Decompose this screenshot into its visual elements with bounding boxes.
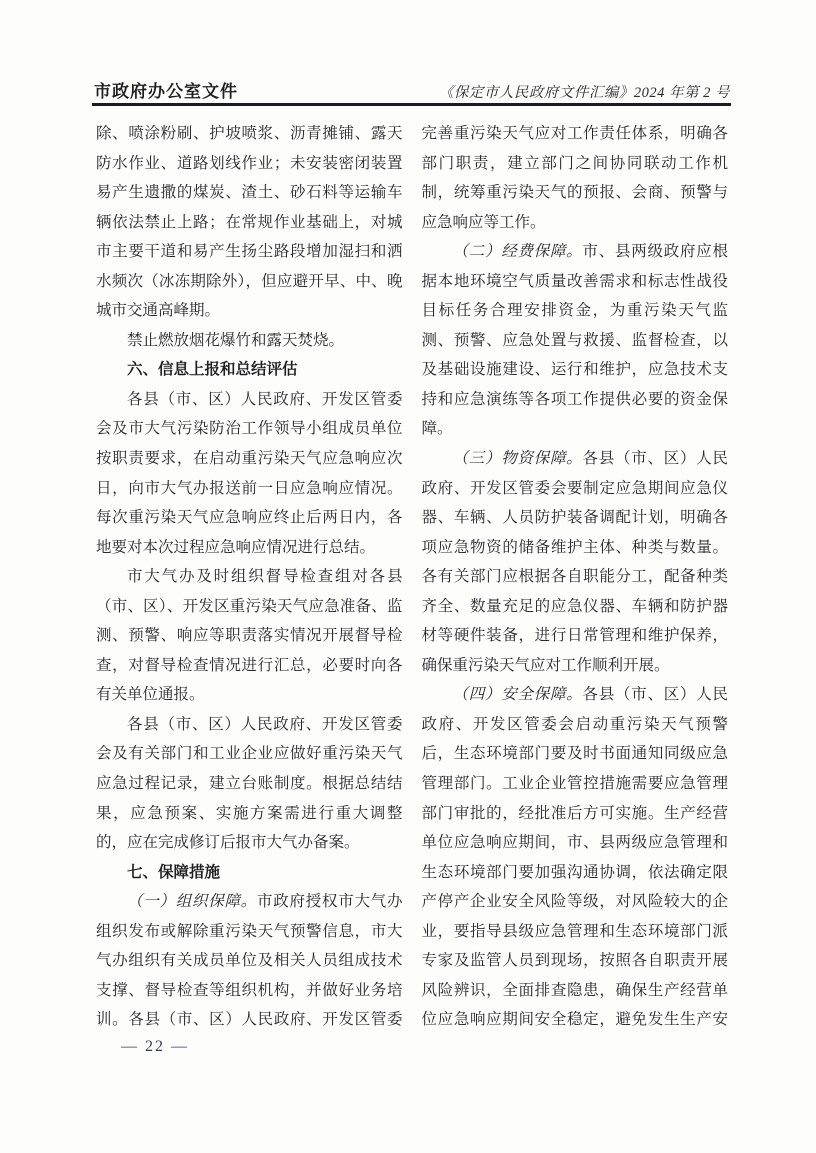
left-column: 除、喷涂粉刷、护坡喷浆、沥青摊铺、露天防水作业、道路划线作业；未安装密闭装置易产… bbox=[96, 119, 403, 1039]
paragraph: 禁止燃放烟花爆竹和露天焚烧。 bbox=[96, 326, 403, 356]
paragraph-lead: （一）组织保障。 bbox=[127, 893, 257, 910]
paragraph: （三）物资保障。各县（市、区）人民政府、开发区管委会要制定应急期间应急仪器、车辆… bbox=[422, 444, 729, 680]
paragraph: （一）组织保障。市政府授权市大气办组织发布或解除重污染天气预警信息，市大气办组织… bbox=[96, 887, 403, 1039]
header-rule bbox=[92, 103, 731, 106]
paragraph: 完善重污染天气应对工作责任体系，明确各部门职责，建立部门之间协同联动工作机制，统… bbox=[422, 119, 729, 237]
paragraph: 除、喷涂粉刷、护坡喷浆、沥青摊铺、露天防水作业、道路划线作业；未安装密闭装置易产… bbox=[96, 119, 403, 326]
paragraph-lead: （四）安全保障。 bbox=[453, 686, 583, 703]
document-page: 市政府办公室文件 《保定市人民政府文件汇编》2024 年第 2 号 除、喷涂粉刷… bbox=[0, 0, 816, 1153]
paragraph-lead: （三）物资保障。 bbox=[453, 450, 583, 467]
document-body: 除、喷涂粉刷、护坡喷浆、沥青摊铺、露天防水作业、道路划线作业；未安装密闭装置易产… bbox=[96, 119, 728, 1039]
paragraph: 市大气办及时组织督导检查组对各县（市、区）、开发区重污染天气应急准备、监测、预警… bbox=[96, 562, 403, 710]
page-number: — 22 — bbox=[121, 1038, 189, 1056]
paragraph: 各县（市、区）人民政府、开发区管委会及市大气污染防治工作领导小组成员单位按职责要… bbox=[96, 385, 403, 562]
section-heading: 七、保障措施 bbox=[96, 858, 403, 888]
section-heading: 六、信息上报和总结评估 bbox=[96, 355, 403, 385]
header-right-title: 《保定市人民政府文件汇编》2024 年第 2 号 bbox=[439, 81, 730, 102]
header-left-title: 市政府办公室文件 bbox=[94, 77, 238, 102]
paragraph: （四）安全保障。各县（市、区）人民政府、开发区管委会启动重污染天气预警后，生态环… bbox=[422, 680, 729, 1039]
right-column: 完善重污染天气应对工作责任体系，明确各部门职责，建立部门之间协同联动工作机制，统… bbox=[422, 119, 729, 1039]
paragraph-lead: （二）经费保障。 bbox=[453, 243, 583, 260]
paragraph: 各县（市、区）人民政府、开发区管委会及有关部门和工业企业应做好重污染天气应急过程… bbox=[96, 710, 403, 858]
paragraph: （二）经费保障。市、县两级政府应根据本地环境空气质量改善需求和标志性战役目标任务… bbox=[422, 237, 729, 444]
